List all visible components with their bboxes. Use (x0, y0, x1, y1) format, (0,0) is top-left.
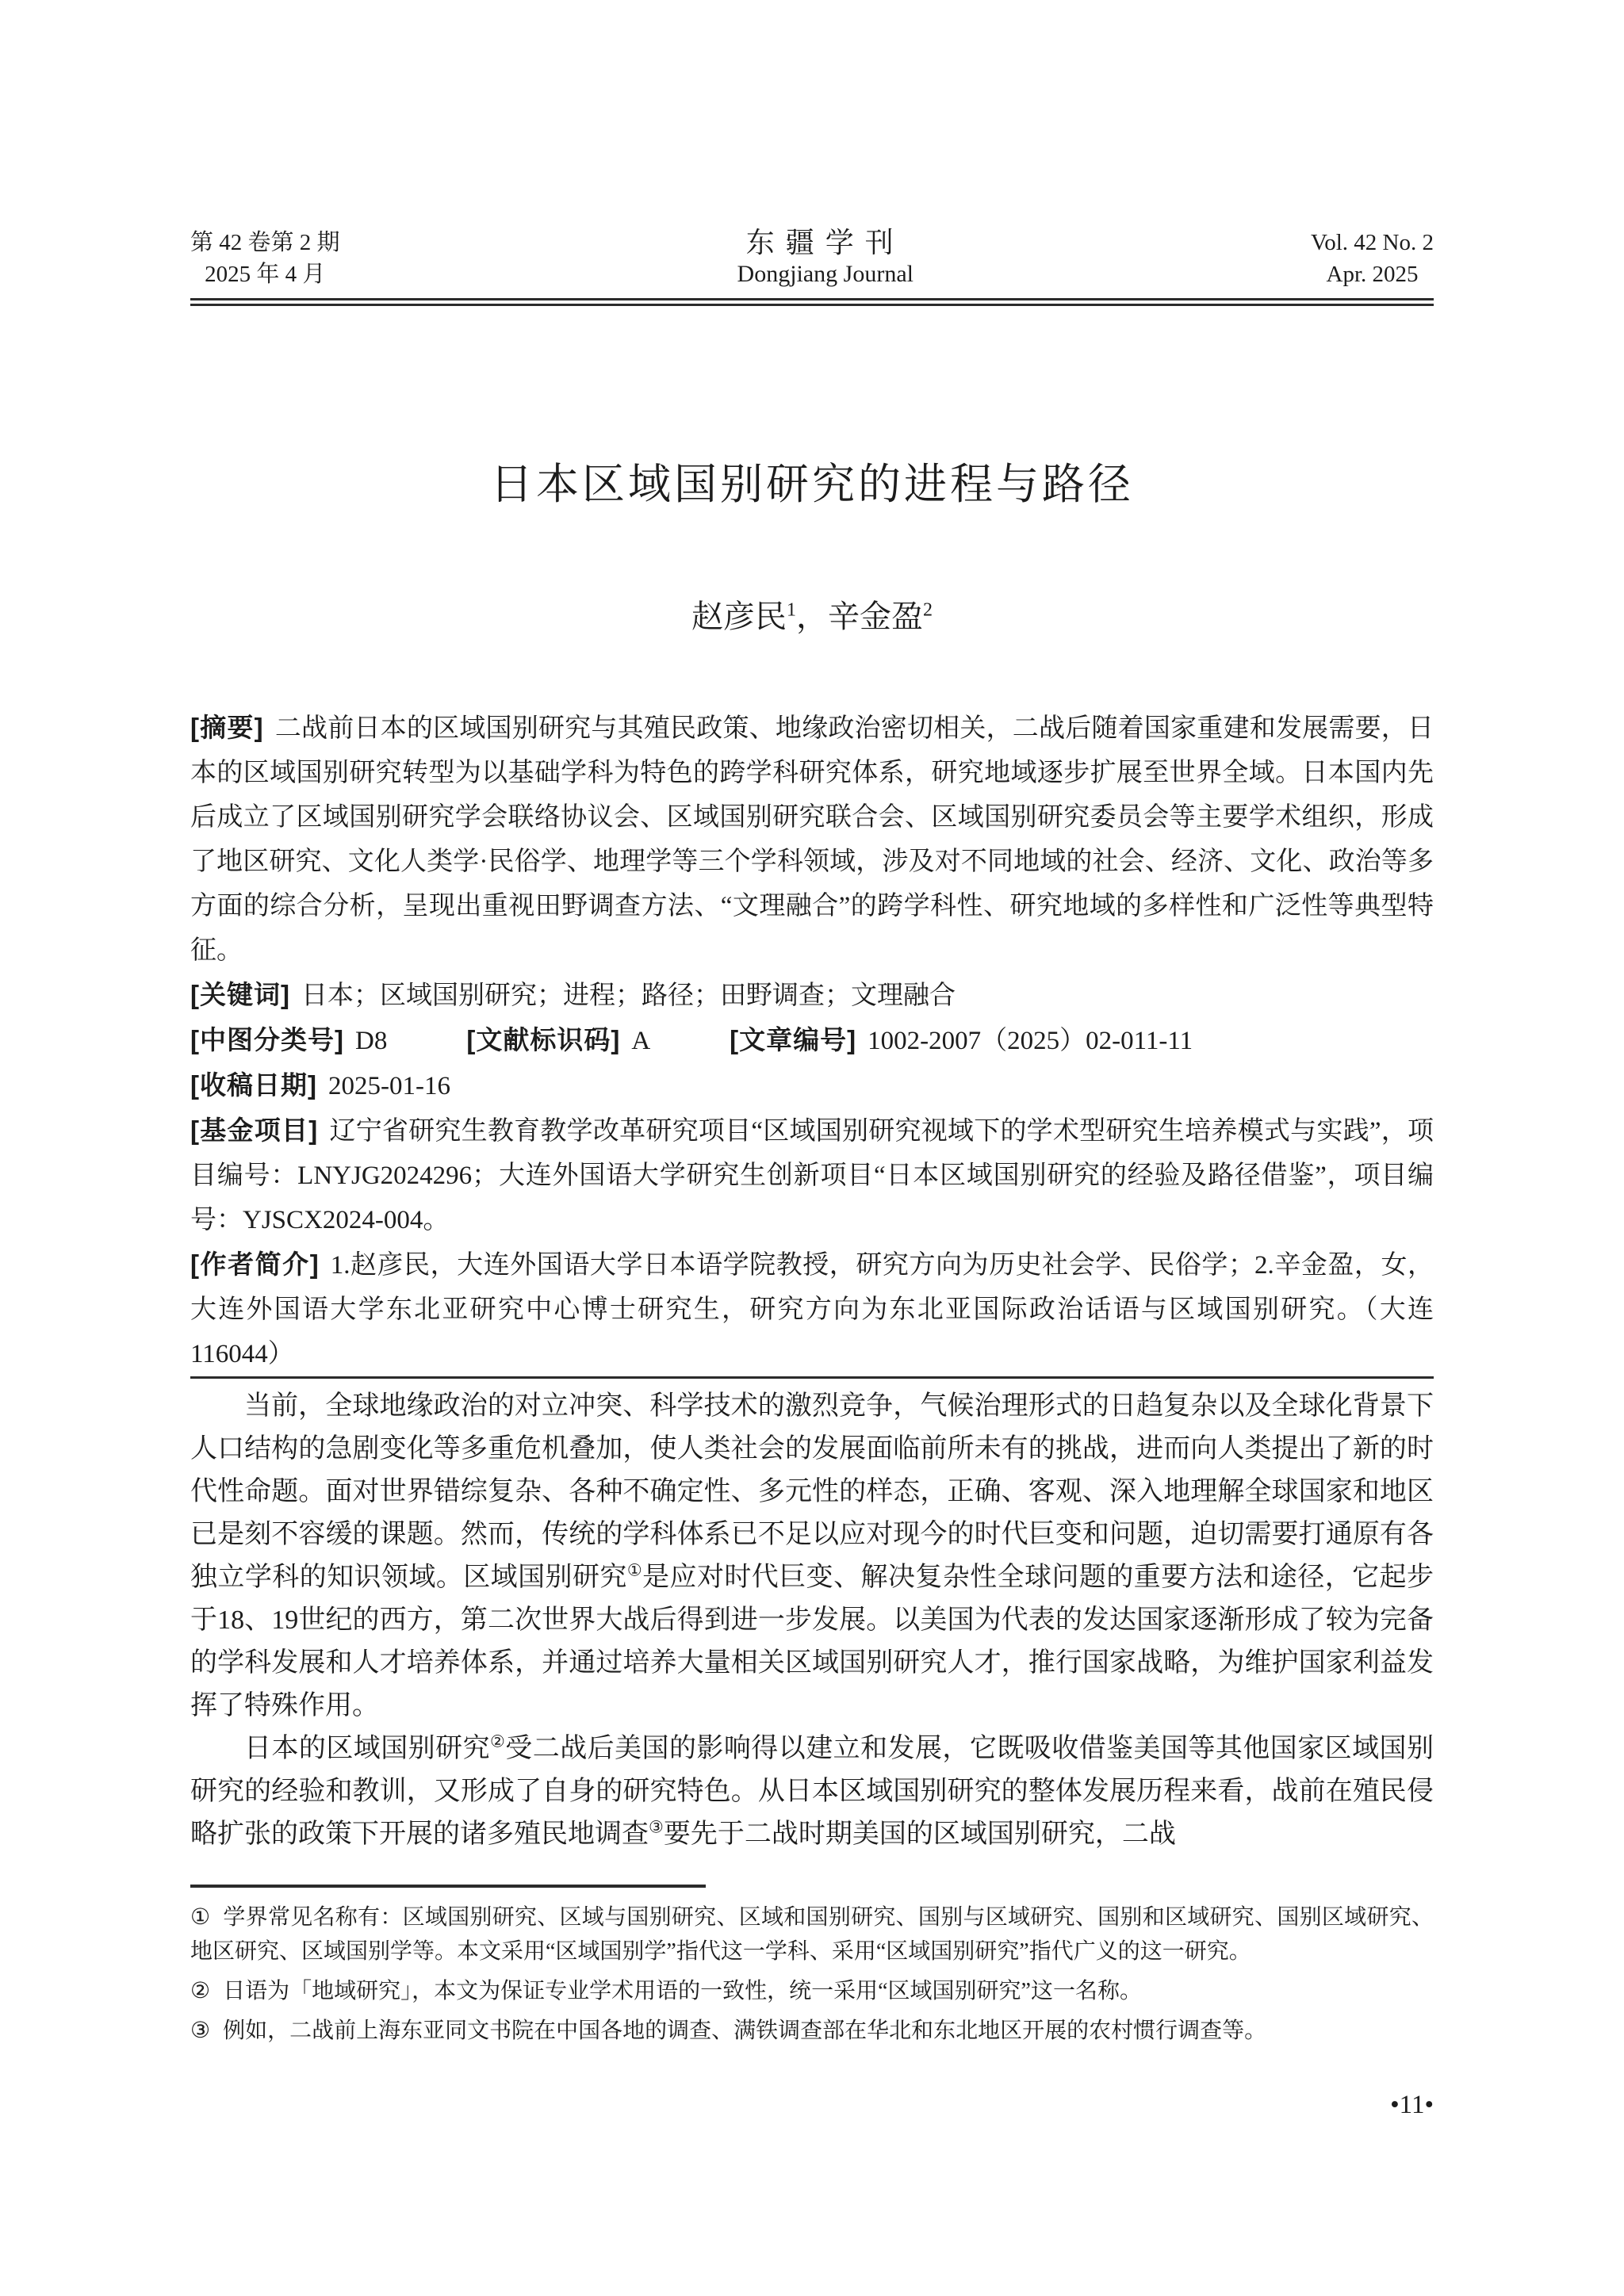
clc-value: D8 (355, 1027, 387, 1055)
authors-separator: ， (796, 599, 828, 634)
section-divider (190, 1376, 1434, 1379)
header-date-cn: 2025 年 4 月 (190, 258, 340, 290)
page-number: •11• (190, 2089, 1434, 2121)
bio-label: [作者简介] (190, 1249, 320, 1279)
doc-code-label: [文献标识码] (466, 1025, 620, 1054)
footnote-separator (190, 1885, 706, 1888)
journal-header: 第 42 卷第 2 期 2025 年 4 月 东疆学刊 Dongjiang Jo… (190, 0, 1434, 290)
front-matter: [摘要]二战前日本的区域国别研究与其殖民政策、地缘政治密切相关，二战后随着国家重… (190, 706, 1434, 1376)
classification-row: [中图分类号]D8 [文献标识码]A [文章编号]1002-2007（2025）… (190, 1018, 1434, 1063)
header-left: 第 42 卷第 2 期 2025 年 4 月 (190, 227, 340, 290)
footnote-1-marker: ① (190, 1905, 210, 1930)
footnote-3-marker: ③ (190, 2019, 210, 2043)
header-volume-issue-en: Vol. 42 No. 2 (1311, 227, 1434, 258)
journal-title-en: Dongjiang Journal (737, 258, 913, 290)
footnote-2: ②日语为「地域研究」，本文为保证专业学术用语的一致性，统一采用“区域国别研究”这… (190, 1974, 1434, 2008)
footnote-3-text: 例如，二战前上海东亚同文书院在中国各地的调查、满铁调查部在华北和东北地区开展的农… (223, 2019, 1266, 2043)
header-double-rule (190, 298, 1434, 306)
author-bio: [作者简介]1.赵彦民，大连外国语大学日本语学院教授，研究方向为历史社会学、民俗… (190, 1242, 1434, 1376)
article-id-value: 1002-2007（2025）02-011-11 (868, 1027, 1193, 1055)
keywords-text: 日本；区域国别研究；进程；路径；田野调查；文理融合 (301, 982, 956, 1010)
fund-project: [基金项目]辽宁省研究生教育教学改革研究项目“区域国别研究视域下的学术型研究生培… (190, 1108, 1434, 1242)
footnote-3: ③例如，二战前上海东亚同文书院在中国各地的调查、满铁调查部在华北和东北地区开展的… (190, 2014, 1434, 2048)
clc-item: [中图分类号]D8 (190, 1018, 387, 1063)
authors-line: 赵彦民1，辛金盈2 (190, 595, 1434, 639)
article-id-label: [文章编号] (730, 1025, 856, 1054)
paragraph-2-text-a: 日本的区域国别研究 (244, 1734, 490, 1763)
received-label: [收稿日期] (190, 1070, 317, 1100)
header-date-en: Apr. 2025 (1311, 258, 1434, 290)
body-paragraph-2: 日本的区域国别研究②受二战后美国的影响得以建立和发展，它既吸收借鉴美国等其他国家… (190, 1728, 1434, 1856)
journal-title-cn: 东疆学刊 (737, 227, 913, 258)
clc-label: [中图分类号] (190, 1025, 344, 1054)
footnote-2-text: 日语为「地域研究」，本文为保证专业学术用语的一致性，统一采用“区域国别研究”这一… (223, 1979, 1142, 2003)
article-id-item: [文章编号]1002-2007（2025）02-011-11 (730, 1018, 1193, 1063)
footnote-2-marker: ② (190, 1979, 210, 2003)
bio-text: 1.赵彦民，大连外国语大学日本语学院教授，研究方向为历史社会学、民俗学；2.辛金… (190, 1251, 1434, 1368)
footnotes: ①学界常见名称有：区域国别研究、区域与国别研究、区域和国别研究、国别与区域研究、… (190, 1900, 1434, 2048)
header-right: Vol. 42 No. 2 Apr. 2025 (1311, 227, 1434, 290)
abstract-text: 二战前日本的区域国别研究与其殖民政策、地缘政治密切相关，二战后随着国家重建和发展… (190, 714, 1434, 965)
fund-text: 辽宁省研究生教育教学改革研究项目“区域国别研究视域下的学术型研究生培养模式与实践… (190, 1117, 1434, 1234)
doc-code-value: A (631, 1027, 650, 1055)
footnote-ref-1: ① (627, 1561, 642, 1580)
received-date: [收稿日期]2025-01-16 (190, 1063, 1434, 1108)
author-2-name: 辛金盈 (828, 599, 923, 634)
journal-page: 第 42 卷第 2 期 2025 年 4 月 东疆学刊 Dongjiang Jo… (0, 0, 1624, 2296)
keywords: [关键词]日本；区域国别研究；进程；路径；田野调查；文理融合 (190, 973, 1434, 1018)
author-1-affiliation-sup: 1 (787, 600, 796, 621)
header-center: 东疆学刊 Dongjiang Journal (737, 227, 913, 290)
footnote-1: ①学界常见名称有：区域国别研究、区域与国别研究、区域和国别研究、国别与区域研究、… (190, 1900, 1434, 1969)
doc-code-item: [文献标识码]A (466, 1018, 650, 1063)
author-1-name: 赵彦民 (691, 599, 787, 634)
footnote-ref-3: ③ (649, 1818, 664, 1837)
author-2-affiliation-sup: 2 (923, 600, 933, 621)
footnote-ref-2: ② (490, 1732, 505, 1751)
footnote-1-text: 学界常见名称有：区域国别研究、区域与国别研究、区域和国别研究、国别与区域研究、国… (190, 1905, 1434, 1964)
abstract-label: [摘要] (190, 713, 264, 742)
article-title: 日本区域国别研究的进程与路径 (190, 457, 1434, 512)
article-body: 当前，全球地缘政治的对立冲突、科学技术的激烈竞争，气候治理形式的日趋复杂以及全球… (190, 1385, 1434, 1856)
paragraph-2-text-c: 要先于二战时期美国的区域国别研究，二战 (664, 1820, 1176, 1849)
keywords-label: [关键词] (190, 980, 290, 1009)
header-volume-issue-cn: 第 42 卷第 2 期 (190, 227, 340, 258)
fund-label: [基金项目] (190, 1115, 318, 1145)
received-value: 2025-01-16 (328, 1072, 450, 1100)
abstract: [摘要]二战前日本的区域国别研究与其殖民政策、地缘政治密切相关，二战后随着国家重… (190, 706, 1434, 973)
body-paragraph-1: 当前，全球地缘政治的对立冲突、科学技术的激烈竞争，气候治理形式的日趋复杂以及全球… (190, 1385, 1434, 1728)
